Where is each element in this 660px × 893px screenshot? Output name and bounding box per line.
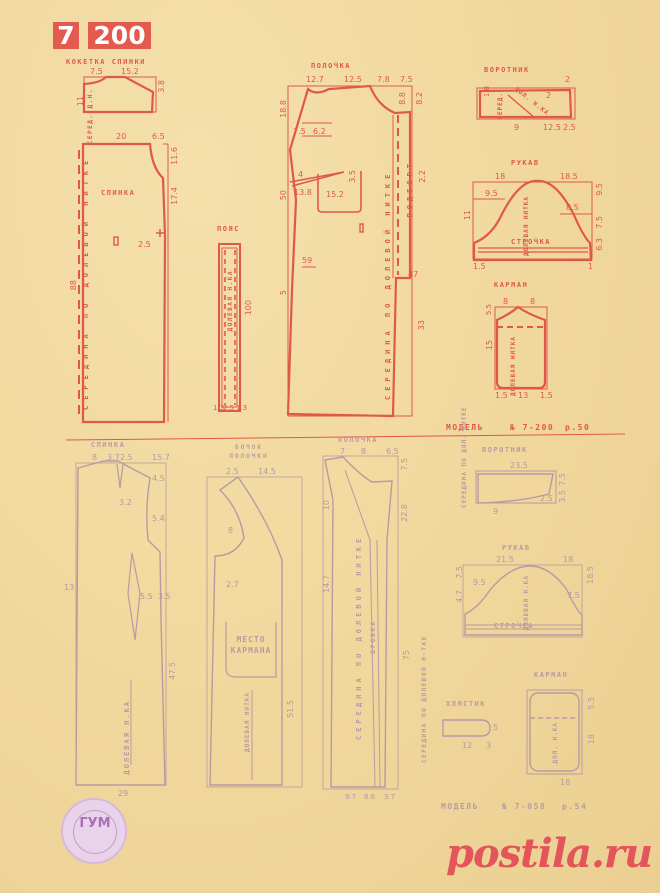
yoke-side-text: СЕРЕД. Д.Н. xyxy=(87,88,94,144)
front-dim: 50 xyxy=(279,190,288,200)
sleeve-grain-text: ДОЛЕВАЯ НИТКА xyxy=(523,196,530,256)
bottom-pocket-dim: 18 xyxy=(587,734,596,744)
front-dim: 12.7 xyxy=(306,75,324,84)
sleeve-dim: 1 xyxy=(588,262,593,271)
bottom-pocket-dim: 18 xyxy=(560,778,570,787)
belt-grain-text: ДОЛЕВАЯ Н.КА xyxy=(227,270,234,331)
bottom-tab-dim: 5 xyxy=(493,723,498,732)
bottom-collar-dim: 7.5 xyxy=(558,473,567,486)
pocket-dim: 8 xyxy=(503,297,508,306)
collar-title: ВОРОТНИК xyxy=(484,66,530,74)
bottom-pocket-dim: 5.5 xyxy=(587,697,596,710)
sleeve-dim: 18 xyxy=(495,172,505,181)
front-dim: 47 xyxy=(408,270,418,279)
bottom-back-dim: 2.5 xyxy=(120,453,133,462)
front-dim: 18.8 xyxy=(279,100,288,118)
collar-dim: 2 xyxy=(546,91,551,100)
pocket-title: КАРМАН xyxy=(494,281,528,289)
sleeve-dim: 9.5 xyxy=(485,189,498,198)
bottom-collar-title: ВОРОТНИК xyxy=(482,446,528,454)
sleeve-dim: 1.5 xyxy=(473,262,486,271)
bottom-front-dim: 75 xyxy=(402,650,411,660)
yoke-dim: 11 xyxy=(76,96,85,106)
bottom-back-dim: 13 xyxy=(64,583,74,592)
bottom-side-front-dim: 51.5 xyxy=(286,700,295,718)
bottom-front-dim: 7.5 xyxy=(400,458,409,471)
bottom-front-dim: 6.5 xyxy=(386,447,399,456)
gum-stamp-text: ГУМ xyxy=(73,810,117,854)
bottom-back-dim: 15.7 xyxy=(152,453,170,462)
bottom-tab-side-text: СЕРЕДИНА ПО ДОЛЕВОЙ Н-ТКЕ xyxy=(421,683,428,763)
bottom-side-front-grain-text: ДОЛЕВАЯ НИТКА xyxy=(244,692,251,752)
bottom-side-front-dim: 2.5 xyxy=(226,467,239,476)
pocket-outline xyxy=(497,307,545,388)
bottom-front-dim: 9.7 xyxy=(345,793,356,801)
bottom-tab-dim: 3 xyxy=(486,741,491,750)
yoke-dim: 15.2 xyxy=(121,67,139,76)
bottom-tab-outline xyxy=(443,720,490,736)
front-dim: 15.2 xyxy=(326,190,344,199)
bottom-tab-title: ХЛЯСТИК xyxy=(446,700,486,708)
front-dim: 7.8 xyxy=(377,75,390,84)
bottom-pocket-grain-text: ДОЛ. Н.КА xyxy=(552,722,559,764)
pocket-dim: 1.5 xyxy=(540,391,553,400)
bottom-back-dim: 3.2 xyxy=(119,498,132,507)
bottom-front-dim: 8.6 xyxy=(364,793,375,801)
pocket-dim: 1.5 xyxy=(495,391,508,400)
bottom-back-dim: 47.5 xyxy=(168,662,177,680)
front-dim: 5 xyxy=(279,290,288,295)
top-model-caption-size: р.50 xyxy=(565,423,590,432)
gum-stamp-logo: ГУМ xyxy=(61,798,127,864)
bottom-back-dim: 5.4 xyxy=(152,514,165,523)
front-dim: 8.2 xyxy=(415,92,424,105)
bottom-back-dim: 4.5 xyxy=(152,474,165,483)
belt-dim: 1.3 xyxy=(236,404,247,412)
front-grain-text: СЕРЕДИНА ПО ДОЛЕВОЙ НИТКЕ xyxy=(384,170,392,400)
sleeve-dim: 18.5 xyxy=(560,172,578,181)
bottom-sleeve-dim: 21.5 xyxy=(496,555,514,564)
bottom-side-front-dim: 14.5 xyxy=(258,467,276,476)
bottom-sleeve-dim: 7.5 xyxy=(455,566,464,579)
front-dim: 33 xyxy=(417,320,426,330)
front-title: ПОЛОЧКА xyxy=(311,62,351,70)
back-title: СПИНКА xyxy=(101,189,135,197)
front-dim: 59 xyxy=(302,256,312,265)
bottom-model-caption-number: № 7-058 xyxy=(502,802,546,811)
collar-dim: 12.5 xyxy=(543,123,561,132)
front-facing-text: ПОДБОРТ xyxy=(406,160,414,218)
bottom-front-dim: 14.7 xyxy=(322,575,331,593)
front-dim: 6.2 xyxy=(313,127,326,136)
bottom-pocket-placement-text: МЕСТО КАРМАНА xyxy=(227,634,275,656)
bottom-pocket-title: КАРМАН xyxy=(534,671,568,679)
postila-watermark: postila.ru xyxy=(446,830,652,877)
pocket-dim: 15 xyxy=(485,340,494,350)
bottom-model-caption-size: р.54 xyxy=(562,802,587,811)
bottom-side-front-dim: 8 xyxy=(228,526,233,535)
front-dim: 2.2 xyxy=(418,170,427,183)
sleeve-title: РУКАВ xyxy=(511,159,540,167)
yoke-dim: 3.8 xyxy=(157,80,166,93)
back-dim: 6.5 xyxy=(152,132,165,141)
bottom-back-grain-text: ДОЛЕВАЯ Н.КА xyxy=(123,700,131,775)
bottom-tab-dim: 12 xyxy=(462,741,472,750)
back-dim: 11.6 xyxy=(170,147,179,165)
pocket-dim: 5.5 xyxy=(485,304,493,315)
collar-dim: 1.8 xyxy=(483,86,491,97)
pocket-dim: 13 xyxy=(518,391,528,400)
belt-title: ПОЯС xyxy=(217,225,240,233)
pocket-grain-text: ДОЛЕВАЯ НИТКА xyxy=(510,336,517,396)
bottom-sleeve-dim: 4.7 xyxy=(455,590,464,603)
bottom-front-dim: 22.8 xyxy=(400,504,409,522)
bottom-collar-dim: 9 xyxy=(493,507,498,516)
front-dim: 7.5 xyxy=(293,127,306,136)
front-dim: 13.8 xyxy=(294,188,312,197)
front-dim: 4 xyxy=(298,170,303,179)
sleeve-dim: 11 xyxy=(463,210,472,220)
bottom-sleeve-dim: 18.5 xyxy=(586,566,595,584)
bottom-front-title: ПОЛОЧКА xyxy=(338,436,378,444)
back-grain-text: СЕРЕДИНА ПО ДОЛЕВОЙ НИТКЕ xyxy=(82,160,90,410)
bottom-back-dim: 3.7 xyxy=(107,453,120,462)
collar-dim: 2.5 xyxy=(563,123,576,132)
back-dim: 2.5 xyxy=(138,240,151,249)
front-dim: 8.8 xyxy=(398,92,407,105)
belt-dim: 100 xyxy=(244,300,253,315)
sleeve-dim: 9.5 xyxy=(595,183,604,196)
bottom-model-caption-label: МОДЕЛЬ xyxy=(441,802,479,811)
top-model-caption-number: № 7-200 xyxy=(510,423,554,432)
sleeve-dim: 7.5 xyxy=(595,216,604,229)
collar-dim: 9 xyxy=(514,123,519,132)
bottom-back-dim: 29 xyxy=(118,789,128,798)
bottom-side-front-dim: 2.7 xyxy=(226,580,239,589)
collar-dim: 2 xyxy=(565,75,570,84)
back-dim: 17.4 xyxy=(170,187,179,205)
belt-dim: 2.5 xyxy=(223,404,234,412)
bottom-collar-dim: 3.5 xyxy=(558,490,567,503)
bottom-back-dim: 5.5 xyxy=(140,592,153,601)
bottom-sleeve-title: РУКАВ xyxy=(502,544,531,552)
bottom-sleeve-dim: 7.5 xyxy=(567,591,580,600)
bottom-back-dim: 3.5 xyxy=(158,592,171,601)
back-dim: 20 xyxy=(116,132,126,141)
collar-side-text: СЕРЕД. xyxy=(497,92,504,120)
front-dim: 7.5 xyxy=(400,75,413,84)
bottom-side-front-title: БОЧОК ПОЛОЧКИ xyxy=(229,443,269,461)
bottom-front-fold-text: БРОВКА xyxy=(370,620,377,654)
bottom-collar-side-text: СЕРЕДИНА ПО ДОЛ. НИТКЕ xyxy=(461,463,468,508)
bottom-collar-dim: 2.5 xyxy=(540,494,553,503)
back-outline xyxy=(83,144,165,422)
pocket-dim: 8 xyxy=(530,297,535,306)
front-dim: 12.5 xyxy=(344,75,362,84)
bottom-sleeve-dim: 18 xyxy=(563,555,573,564)
bottom-sleeve-dim: 9.5 xyxy=(473,578,486,587)
sleeve-stitch-text: СТРОЧКА xyxy=(511,238,551,246)
bottom-front-grain-text: СЕРЕДИНА ПО ДОЛЕВОЙ НИТКЕ xyxy=(355,540,363,740)
back-dim: 88 xyxy=(69,280,78,290)
bottom-back-title: СПИНКА xyxy=(91,441,125,449)
yoke-outline xyxy=(84,77,153,112)
bottom-front-dim: 3.7 xyxy=(384,793,395,801)
yoke-dim: 7.5 xyxy=(90,67,103,76)
bottom-sleeve-stitch-text: СТРОЧКА xyxy=(494,622,534,630)
yoke-title: КОКЕТКА СПИНКИ xyxy=(66,58,146,66)
bottom-back-dim: 8 xyxy=(92,453,97,462)
sleeve-dim: 8.5 xyxy=(566,203,579,212)
bottom-front-dim: 7 xyxy=(340,447,345,456)
front-dim: 3.5 xyxy=(348,170,357,183)
bottom-collar-dim: 23.5 xyxy=(510,461,528,470)
bottom-back-outline xyxy=(76,461,165,785)
bottom-front-dim: 10 xyxy=(322,500,331,510)
sleeve-dim: 6.3 xyxy=(595,238,604,251)
bottom-front-dim: 8 xyxy=(361,447,366,456)
